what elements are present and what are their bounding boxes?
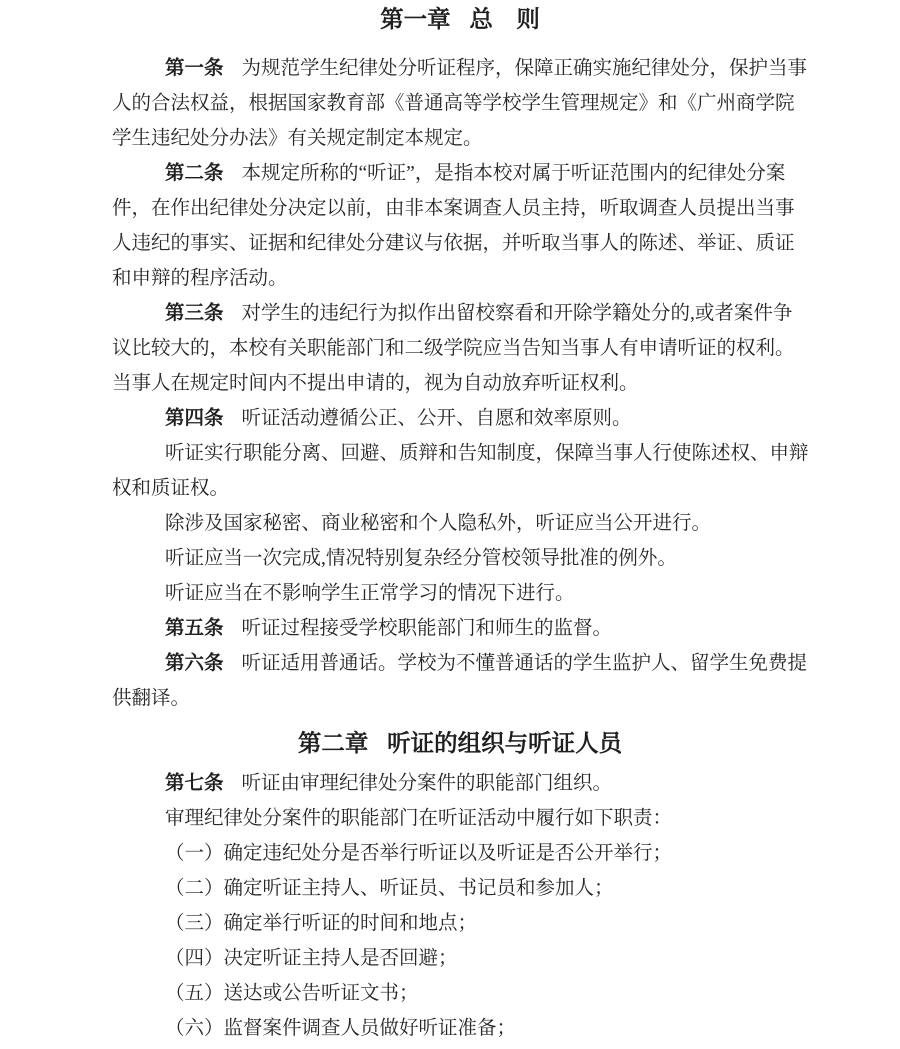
article-number: 第七条: [165, 773, 224, 794]
line-text: 议比较大的，本校有关职能部门和二级学院应当告知当事人有申请听证的权利。: [112, 338, 795, 359]
document-body: 第一章总 则第一条为规范学生纪律处分听证程序，保障正确实施纪律处分，保护当事人的…: [112, 0, 808, 1046]
paragraph-line: 件，在作出纪律处分决定以前，由非本案调查人员主持，听取调查人员提出当事: [112, 191, 808, 226]
line-text: （一）确定违纪处分是否举行听证以及听证是否公开举行；: [165, 843, 672, 864]
paragraph-line: 第一条为规范学生纪律处分听证程序，保障正确实施纪律处分，保护当事: [112, 51, 808, 86]
line-text: 人的合法权益，根据国家教育部《普通高等学校学生管理规定》和《广州商学院: [112, 93, 795, 114]
paragraph-line: 第五条听证过程接受学校职能部门和师生的监督。: [112, 611, 808, 646]
paragraph-line: 第六条听证适用普通话。学校为不懂普通话的学生监护人、留学生免费提: [112, 646, 808, 681]
paragraph-line: 供翻译。: [112, 681, 808, 716]
line-text: 听证由审理纪律处分案件的职能部门组织。: [242, 773, 613, 794]
line-text: 听证实行职能分离、回避、质辩和告知制度，保障当事人行使陈述权、申辩: [165, 443, 809, 464]
paragraph-line: 除涉及国家秘密、商业秘密和个人隐私外，听证应当公开进行。: [112, 506, 808, 541]
paragraph-line: 学生违纪处分办法》有关规定制定本规定。: [112, 121, 808, 156]
line-text: 供翻译。: [112, 688, 190, 709]
paragraph-line: 当事人在规定时间内不提出申请的，视为自动放弃听证权利。: [112, 366, 808, 401]
paragraph-line: 和申辩的程序活动。: [112, 261, 808, 296]
line-text: 听证应当在不影响学生正常学习的情况下进行。: [165, 583, 575, 604]
paragraph-line: 听证应当在不影响学生正常学习的情况下进行。: [112, 576, 808, 611]
chapter-name: 总 则: [469, 7, 540, 33]
line-text: 件，在作出纪律处分决定以前，由非本案调查人员主持，听取调查人员提出当事: [112, 198, 795, 219]
paragraph-line: 议比较大的，本校有关职能部门和二级学院应当告知当事人有申请听证的权利。: [112, 331, 808, 366]
line-text: 当事人在规定时间内不提出申请的，视为自动放弃听证权利。: [112, 373, 639, 394]
article-number: 第三条: [165, 303, 224, 324]
line-text: 听证活动遵循公正、公开、自愿和效率原则。: [242, 408, 632, 429]
line-text: （四）决定听证主持人是否回避；: [165, 948, 458, 969]
paragraph-line: 人的合法权益，根据国家教育部《普通高等学校学生管理规定》和《广州商学院: [112, 86, 808, 121]
line-text: 本规定所称的“听证”，是指本校对属于听证范围内的纪律处分案: [242, 163, 786, 184]
paragraph-line: 审理纪律处分案件的职能部门在听证活动中履行如下职责：: [112, 801, 808, 836]
paragraph-line: 听证应当一次完成,情况特别复杂经分管校领导批准的例外。: [112, 541, 808, 576]
line-text: 听证应当一次完成,情况特别复杂经分管校领导批准的例外。: [165, 548, 677, 569]
line-text: （六）监督案件调查人员做好听证准备；: [165, 1018, 516, 1039]
line-text: 和申辩的程序活动。: [112, 268, 288, 289]
line-text: （三）确定举行听证的时间和地点；: [165, 913, 477, 934]
chapter-name: 听证的组织与听证人员: [387, 731, 622, 757]
chapter-title: 第二章听证的组织与听证人员: [112, 724, 808, 764]
paragraph-line: （三）确定举行听证的时间和地点；: [112, 906, 808, 941]
paragraph-line: （五）送达或公告听证文书；: [112, 976, 808, 1011]
line-text: 对学生的违纪行为拟作出留校察看和开除学籍处分的,或者案件争: [242, 303, 793, 324]
paragraph-line: 第四条听证活动遵循公正、公开、自愿和效率原则。: [112, 401, 808, 436]
paragraph-line: 第三条对学生的违纪行为拟作出留校察看和开除学籍处分的,或者案件争: [112, 296, 808, 331]
article-number: 第四条: [165, 408, 224, 429]
paragraph-line: （四）决定听证主持人是否回避；: [112, 941, 808, 976]
paragraph-line: （一）确定违纪处分是否举行听证以及听证是否公开举行；: [112, 836, 808, 871]
line-text: 审理纪律处分案件的职能部门在听证活动中履行如下职责：: [165, 808, 672, 829]
article-number: 第五条: [165, 618, 224, 639]
line-text: 权和质证权。: [112, 478, 229, 499]
line-text: 人违纪的事实、证据和纪律处分建议与依据，并听取当事人的陈述、举证、质证: [112, 233, 795, 254]
paragraph-line: （六）监督案件调查人员做好听证准备；: [112, 1011, 808, 1046]
line-text: 除涉及国家秘密、商业秘密和个人隐私外，听证应当公开进行。: [165, 513, 711, 534]
paragraph-line: （二）确定听证主持人、听证员、书记员和参加人；: [112, 871, 808, 906]
paragraph-line: 权和质证权。: [112, 471, 808, 506]
document-page: 第一章总 则第一条为规范学生纪律处分听证程序，保障正确实施纪律处分，保护当事人的…: [112, 0, 808, 1046]
line-text: （二）确定听证主持人、听证员、书记员和参加人；: [165, 878, 614, 899]
chapter-number: 第一章: [380, 7, 451, 33]
line-text: 听证适用普通话。学校为不懂普通话的学生监护人、留学生免费提: [242, 653, 808, 674]
line-text: （五）送达或公告听证文书；: [165, 983, 419, 1004]
paragraph-line: 听证实行职能分离、回避、质辩和告知制度，保障当事人行使陈述权、申辩: [112, 436, 808, 471]
article-number: 第一条: [165, 58, 224, 79]
line-text: 学生违纪处分办法》有关规定制定本规定。: [112, 128, 483, 149]
chapter-number: 第二章: [298, 731, 369, 757]
paragraph-line: 第二条本规定所称的“听证”，是指本校对属于听证范围内的纪律处分案: [112, 156, 808, 191]
paragraph-line: 人违纪的事实、证据和纪律处分建议与依据，并听取当事人的陈述、举证、质证: [112, 226, 808, 261]
line-text: 为规范学生纪律处分听证程序，保障正确实施纪律处分，保护当事: [242, 58, 808, 79]
line-text: 听证过程接受学校职能部门和师生的监督。: [242, 618, 613, 639]
paragraph-line: 第七条听证由审理纪律处分案件的职能部门组织。: [112, 766, 808, 801]
article-number: 第六条: [165, 653, 224, 674]
chapter-title: 第一章总 则: [112, 0, 808, 40]
article-number: 第二条: [165, 163, 224, 184]
